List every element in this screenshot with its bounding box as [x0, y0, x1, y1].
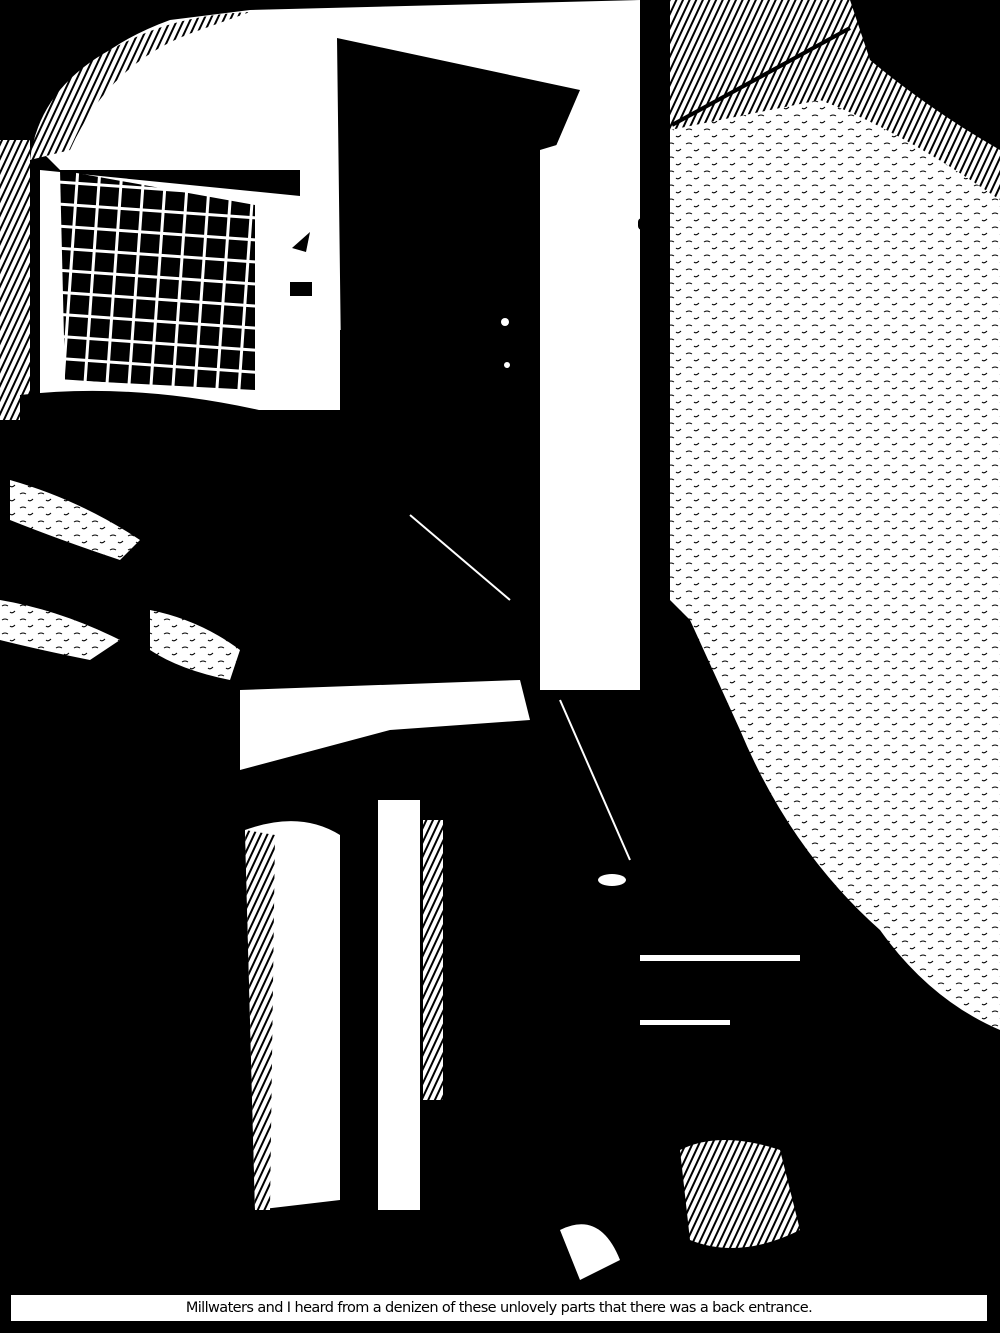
- caption-text: Millwaters and I heard from a denizen of…: [186, 1300, 812, 1316]
- caption-box: Millwaters and I heard from a denizen of…: [10, 1294, 988, 1322]
- comic-panel: Millwaters and I heard from a denizen of…: [0, 0, 1000, 1333]
- panel-artwork: [0, 0, 1000, 1290]
